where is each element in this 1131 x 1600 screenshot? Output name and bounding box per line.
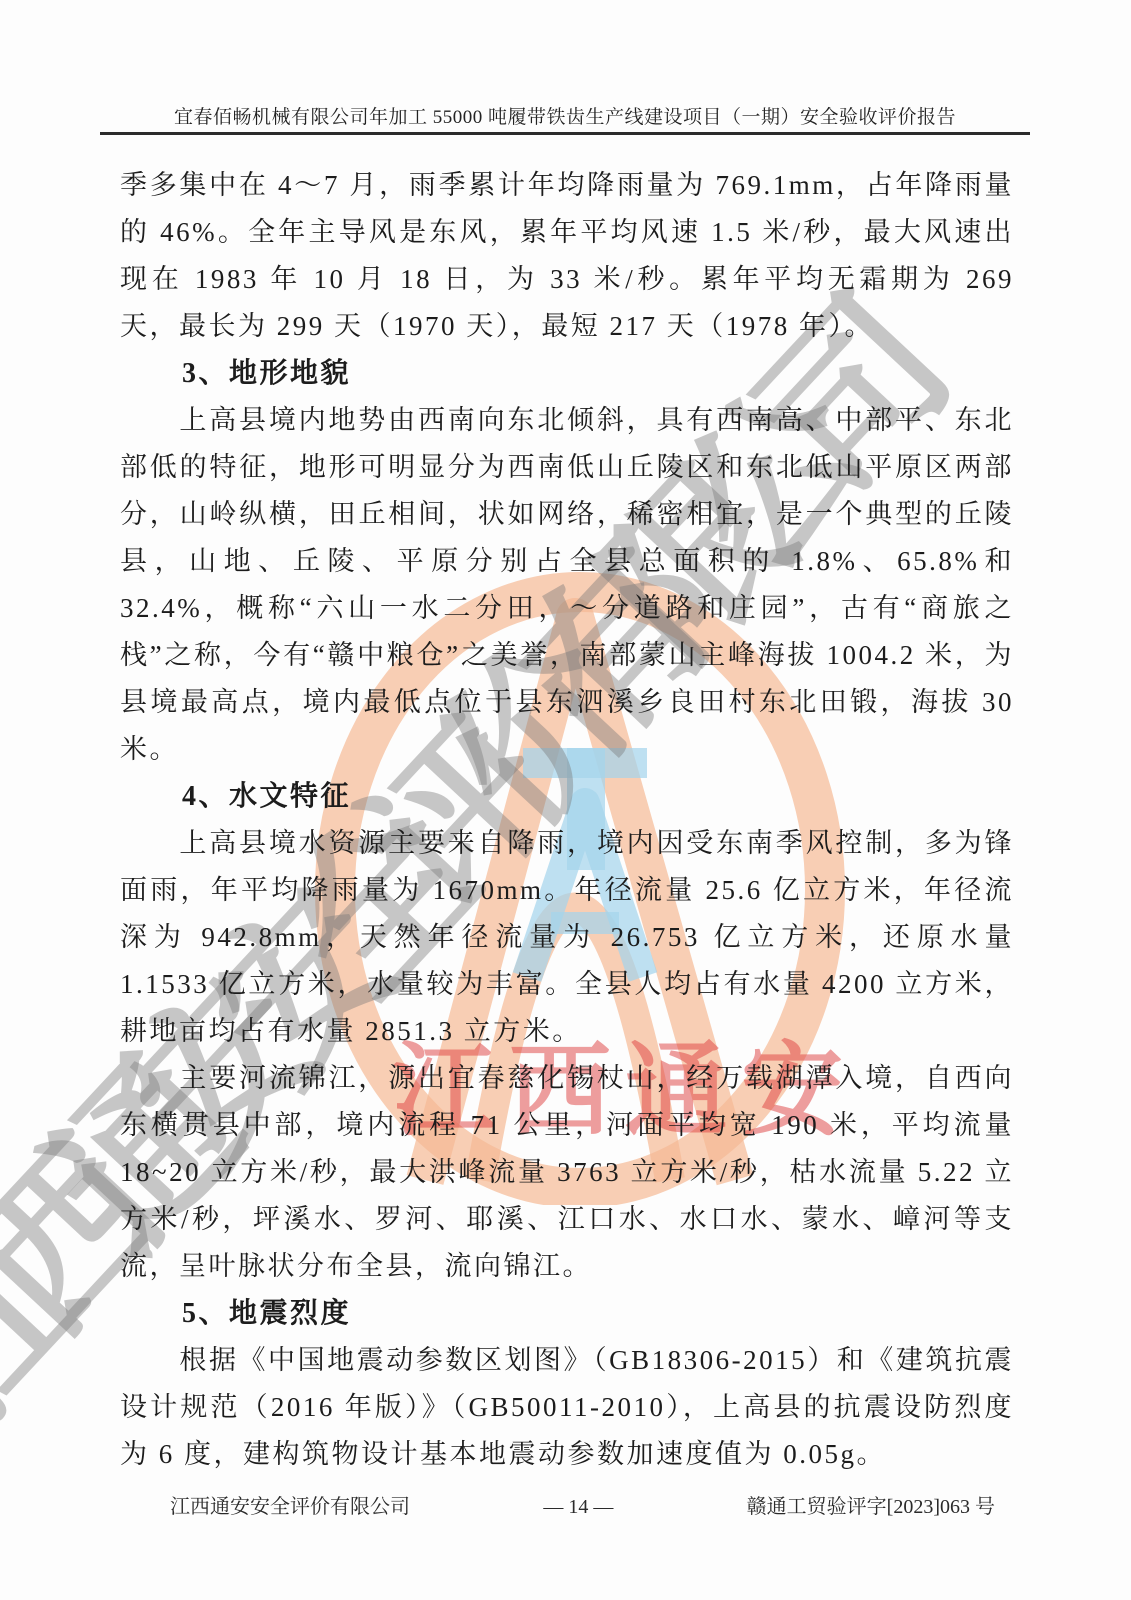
body-text-block: 季多集中在 4～7 月，雨季累计年均降雨量为 769.1mm，占年降雨量的 46… bbox=[120, 162, 1014, 1478]
paragraph-hydrology-2: 主要河流锦江，源出宜春慈化锡杖山，经万载湖潭入境，自西向东横贯县中部，境内流程 … bbox=[120, 1055, 1014, 1290]
paragraph-climate-continuation: 季多集中在 4～7 月，雨季累计年均降雨量为 769.1mm，占年降雨量的 46… bbox=[120, 162, 1014, 350]
paragraph-hydrology-1: 上高县境水资源主要来自降雨，境内因受东南季风控制，多为锋面雨，年平均降雨量为 1… bbox=[120, 820, 1014, 1055]
paragraph-terrain: 上高县境内地势由西南向东北倾斜，具有西南高、中部平、东北部低的特征，地形可明显分… bbox=[120, 397, 1014, 773]
page-header-title: 宜春佰畅机械有限公司年加工 55000 吨履带铁齿生产线建设项目（一期）安全验收… bbox=[100, 102, 1030, 129]
paragraph-seismic: 根据《中国地震动参数区划图》（GB18306-2015）和《建筑抗震设计规范（2… bbox=[120, 1337, 1014, 1478]
heading-seismic: 5、地震烈度 bbox=[120, 1290, 1014, 1337]
footer-doc-number: 赣通工贸验评字[2023]063 号 bbox=[747, 1490, 995, 1519]
header-rule bbox=[100, 132, 1030, 135]
report-page: 江西通安安全评价有限公司 江西通安 宜春佰畅机械有限公司年加工 55000 吨履… bbox=[0, 0, 1131, 1600]
page-content: 宜春佰畅机械有限公司年加工 55000 吨履带铁齿生产线建设项目（一期）安全验收… bbox=[0, 0, 1131, 1600]
footer-page-number: — 14 — bbox=[543, 1496, 613, 1519]
heading-terrain: 3、地形地貌 bbox=[120, 350, 1014, 397]
heading-hydrology: 4、水文特征 bbox=[120, 773, 1014, 820]
page-footer: 江西通安安全评价有限公司 — 14 — 赣通工贸验评字[2023]063 号 bbox=[170, 1490, 995, 1519]
footer-company: 江西通安安全评价有限公司 bbox=[170, 1490, 410, 1519]
